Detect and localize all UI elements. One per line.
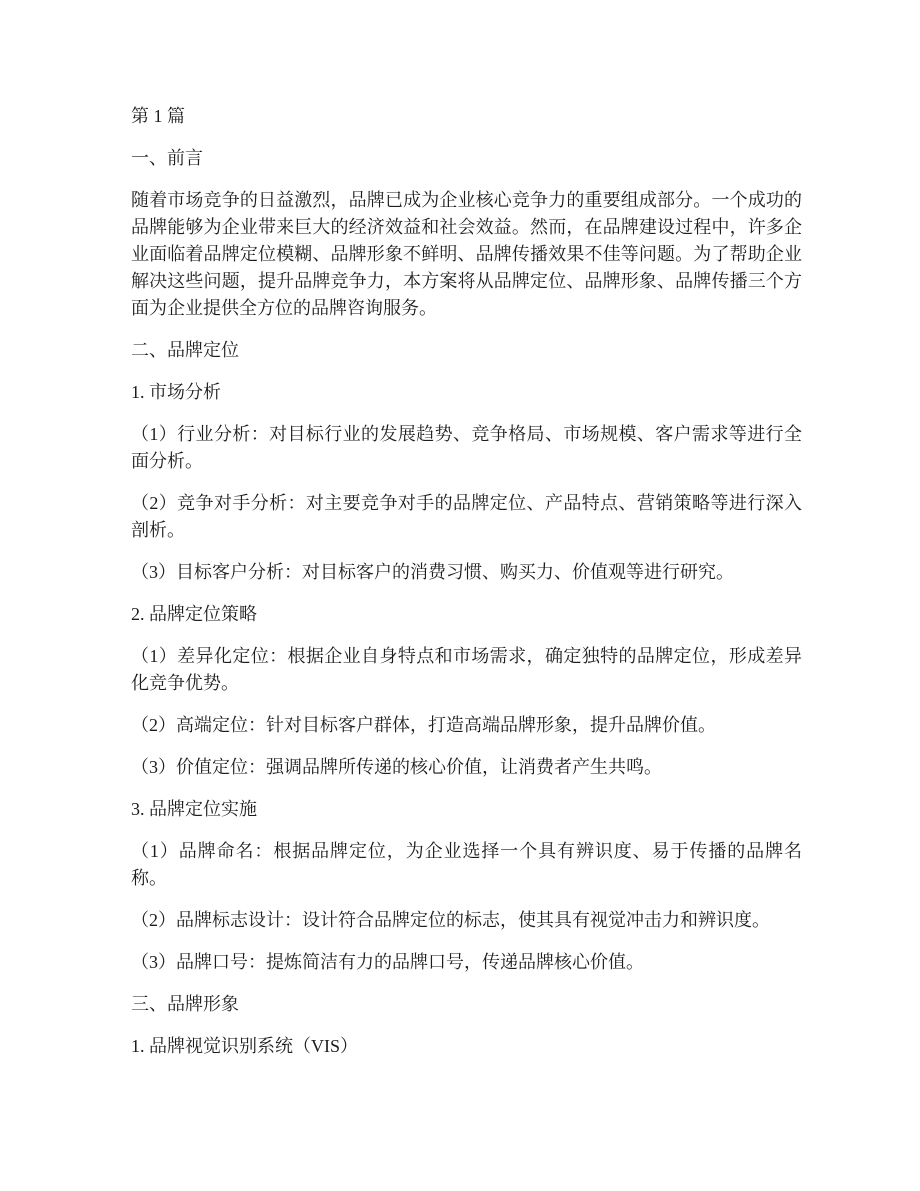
numbered-subheading: 1. 品牌视觉识别系统（VIS） [131, 1033, 802, 1060]
section-heading: 一、前言 [131, 145, 802, 172]
document-page: 第 1 篇 一、前言 随着市场竞争的日益激烈，品牌已成为企业核心竞争力的重要组成… [0, 0, 920, 1191]
section-heading: 二、品牌定位 [131, 337, 802, 364]
body-paragraph: 随着市场竞争的日益激烈，品牌已成为企业核心竞争力的重要组成部分。一个成功的品牌能… [131, 187, 802, 322]
part-title: 第 1 篇 [131, 103, 802, 130]
numbered-subheading: 3. 品牌定位实施 [131, 796, 802, 823]
list-item-paragraph: （1）差异化定位：根据企业自身特点和市场需求，确定独特的品牌定位，形成差异化竞争… [131, 643, 802, 697]
list-item-paragraph: （1）品牌命名：根据品牌定位，为企业选择一个具有辨识度、易于传播的品牌名称。 [131, 838, 802, 892]
list-item-paragraph: （1）行业分析：对目标行业的发展趋势、竞争格局、市场规模、客户需求等进行全面分析… [131, 421, 802, 475]
list-item-paragraph: （2）品牌标志设计：设计符合品牌定位的标志，使其具有视觉冲击力和辨识度。 [131, 907, 802, 934]
numbered-subheading: 2. 品牌定位策略 [131, 601, 802, 628]
list-item-paragraph: （3）价值定位：强调品牌所传递的核心价值，让消费者产生共鸣。 [131, 754, 802, 781]
section-heading: 三、品牌形象 [131, 991, 802, 1018]
numbered-subheading: 1. 市场分析 [131, 379, 802, 406]
list-item-paragraph: （3）品牌口号：提炼简洁有力的品牌口号，传递品牌核心价值。 [131, 949, 802, 976]
list-item-paragraph: （3）目标客户分析：对目标客户的消费习惯、购买力、价值观等进行研究。 [131, 559, 802, 586]
list-item-paragraph: （2）高端定位：针对目标客户群体，打造高端品牌形象，提升品牌价值。 [131, 712, 802, 739]
list-item-paragraph: （2）竞争对手分析：对主要竞争对手的品牌定位、产品特点、营销策略等进行深入剖析。 [131, 490, 802, 544]
